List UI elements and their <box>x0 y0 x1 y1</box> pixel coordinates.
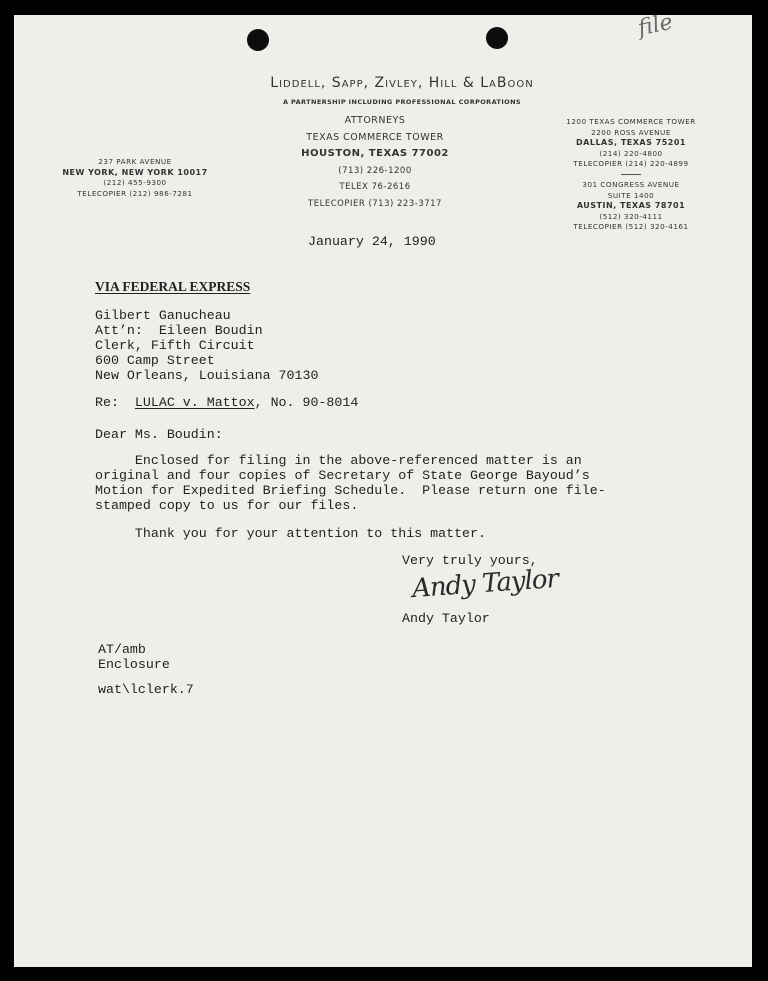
dallas-line-building: 1200 TEXAS COMMERCE TOWER <box>546 117 716 128</box>
dallas-office: 1200 TEXAS COMMERCE TOWER 2200 ROSS AVEN… <box>546 117 716 233</box>
houston-line-telex: TELEX 76-2616 <box>240 179 510 196</box>
recipient-line: 600 Camp Street <box>95 353 318 368</box>
ny-line-phone: (212) 455-9300 <box>50 178 220 189</box>
enclosure-note: Enclosure <box>98 657 194 672</box>
recipient-line: Clerk, Fifth Circuit <box>95 338 318 353</box>
firm-subtitle: A PARTNERSHIP INCLUDING PROFESSIONAL COR… <box>194 98 610 106</box>
recipient-line: Gilbert Ganucheau <box>95 308 318 323</box>
austin-line-street: 301 CONGRESS AVENUE <box>546 180 716 191</box>
re-line: Re: LULAC v. Mattox, No. 90-8014 <box>95 395 358 410</box>
dallas-line-street: 2200 ROSS AVENUE <box>546 128 716 139</box>
signer-name: Andy Taylor <box>402 611 490 626</box>
reference-block: AT/amb Enclosure wat\lclerk.7 <box>98 642 194 697</box>
houston-office: ATTORNEYS TEXAS COMMERCE TOWER HOUSTON, … <box>240 113 510 212</box>
thanks-line: Thank you for your attention to this mat… <box>95 526 486 541</box>
austin-line-suite: SUITE 1400 <box>546 191 716 202</box>
body-line: stamped copy to us for our files. <box>95 498 606 513</box>
houston-line-city: HOUSTON, TEXAS 77002 <box>240 146 510 163</box>
austin-line-telecopier: TELECOPIER (512) 320-4161 <box>546 222 716 233</box>
houston-line-building: TEXAS COMMERCE TOWER <box>240 130 510 147</box>
recipient-address: Gilbert Ganucheau Att’n: Eileen Boudin C… <box>95 308 318 383</box>
firm-name: Liddell, Sapp, Zivley, Hill & LaBoon <box>164 75 640 91</box>
recipient-line: Att’n: Eileen Boudin <box>95 323 318 338</box>
body-line: original and four copies of Secretary of… <box>95 468 606 483</box>
re-case-number: , No. 90-8014 <box>255 395 359 410</box>
houston-line-phone: (713) 226-1200 <box>240 163 510 180</box>
recipient-line: New Orleans, Louisiana 70130 <box>95 368 318 383</box>
letter-body: Enclosed for filing in the above-referen… <box>95 453 606 513</box>
letter-page: file Liddell, Sapp, Zivley, Hill & LaBoo… <box>14 15 752 967</box>
dallas-line-city: DALLAS, TEXAS 75201 <box>546 138 716 149</box>
salutation: Dear Ms. Boudin: <box>95 427 223 442</box>
re-label: Re: <box>95 395 135 410</box>
body-line: Enclosed for filing in the above-referen… <box>95 453 606 468</box>
letter-date: January 24, 1990 <box>308 234 436 249</box>
dallas-line-telecopier: TELECOPIER (214) 220-4899 <box>546 159 716 170</box>
austin-line-phone: (512) 320-4111 <box>546 212 716 223</box>
houston-line-attorneys: ATTORNEYS <box>240 113 510 130</box>
hole-punch-right <box>486 27 508 49</box>
office-divider <box>621 174 641 175</box>
ny-line-city: NEW YORK, NEW YORK 10017 <box>50 168 220 179</box>
dallas-line-phone: (214) 220-4800 <box>546 149 716 160</box>
handwritten-annotation: file <box>636 10 675 42</box>
typist-initials: AT/amb <box>98 642 194 657</box>
re-case-name: LULAC v. Mattox <box>135 395 255 410</box>
delivery-method: VIA FEDERAL EXPRESS <box>95 279 250 294</box>
ny-line-telecopier: TELECOPIER (212) 986-7281 <box>50 189 220 200</box>
new-york-office: 237 PARK AVENUE NEW YORK, NEW YORK 10017… <box>50 157 220 199</box>
signature: Andy Taylor <box>411 564 559 604</box>
file-reference: wat\lclerk.7 <box>98 682 194 697</box>
houston-line-telecopier: TELECOPIER (713) 223-3717 <box>240 196 510 213</box>
hole-punch-left <box>247 29 269 51</box>
austin-line-city: AUSTIN, TEXAS 78701 <box>546 201 716 212</box>
body-line: Motion for Expedited Briefing Schedule. … <box>95 483 606 498</box>
ny-line-street: 237 PARK AVENUE <box>50 157 220 168</box>
